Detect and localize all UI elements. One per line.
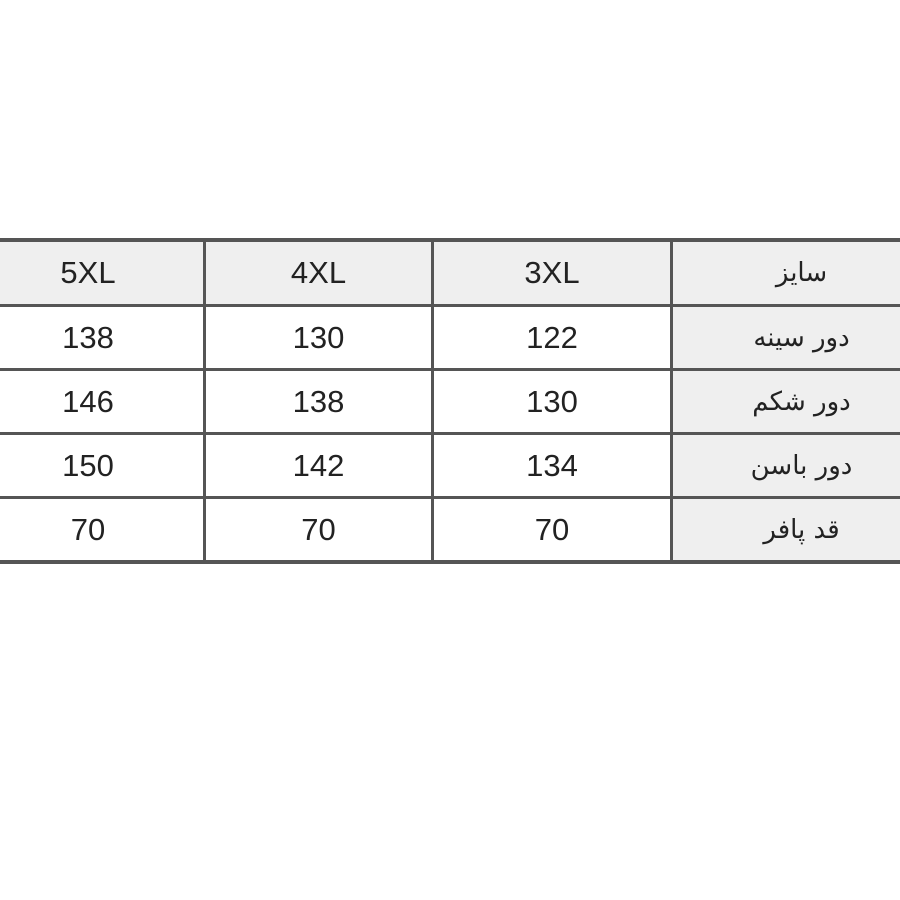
row-label-length: قد پافر [672,498,900,563]
table-row-waist: 146 138 130 دور شکم [0,370,900,434]
size-header-3xl: 3XL [433,240,672,306]
header-row: 5XL 4XL 3XL سایز [0,240,900,306]
size-header-label: سایز [672,240,900,306]
table-row-length: 70 70 70 قد پافر [0,498,900,563]
cell-chest-3xl: 122 [433,306,672,370]
cell-hip-3xl: 134 [433,434,672,498]
size-header-4xl: 4XL [205,240,433,306]
cell-length-4xl: 70 [205,498,433,563]
cell-chest-5xl: 138 [0,306,205,370]
cell-waist-4xl: 138 [205,370,433,434]
cell-length-5xl: 70 [0,498,205,563]
table-row-chest: 138 130 122 دور سینه [0,306,900,370]
cell-length-3xl: 70 [433,498,672,563]
cell-waist-3xl: 130 [433,370,672,434]
cell-hip-4xl: 142 [205,434,433,498]
cell-hip-5xl: 150 [0,434,205,498]
page: 5XL 4XL 3XL سایز 138 130 122 دور سینه 14… [0,0,900,900]
size-chart-table: 5XL 4XL 3XL سایز 138 130 122 دور سینه 14… [0,238,900,564]
row-label-waist: دور شکم [672,370,900,434]
cell-waist-5xl: 146 [0,370,205,434]
size-header-5xl: 5XL [0,240,205,306]
size-chart-container: 5XL 4XL 3XL سایز 138 130 122 دور سینه 14… [0,238,900,564]
row-label-hip: دور باسن [672,434,900,498]
cell-chest-4xl: 130 [205,306,433,370]
row-label-chest: دور سینه [672,306,900,370]
table-row-hip: 150 142 134 دور باسن [0,434,900,498]
